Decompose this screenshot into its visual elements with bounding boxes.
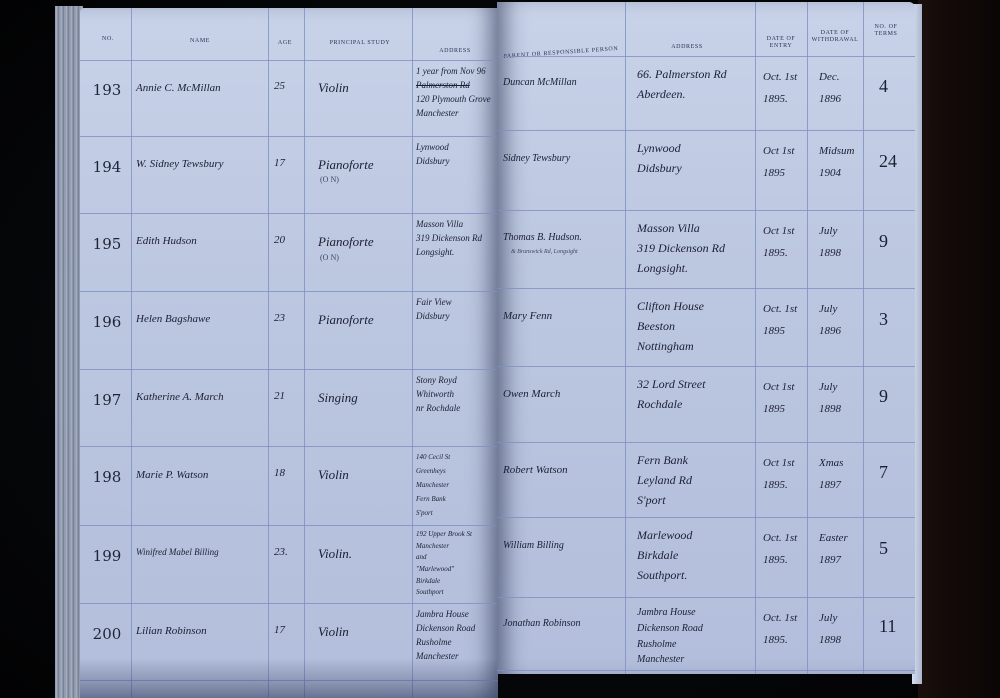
student-address-line: Rusholme (416, 635, 475, 649)
student-address-line: Didsbury (416, 154, 450, 168)
student-address-line: S'port (416, 506, 450, 520)
student-address-line: nr Rochdale (416, 401, 460, 415)
header-date-entry: Date of Entry (755, 36, 807, 50)
number-of-terms: 24 (879, 152, 897, 171)
book-cover-edge (918, 0, 1000, 698)
student-age: 17 (274, 625, 285, 637)
date-of-entry-line: Oct 1st (763, 140, 794, 162)
parent-address-line: Didsbury (637, 158, 682, 178)
principal-study: Violin. (318, 547, 352, 561)
student-address: 1 year from Nov 96Palmerston Rd120 Plymo… (416, 64, 491, 120)
parent-address-line: Southport. (637, 565, 692, 585)
entry-number: 194 (84, 158, 130, 176)
row-rule (497, 670, 915, 671)
date-of-entry-line: Oct. 1st (763, 298, 797, 320)
date-of-withdrawal: July1898 (819, 220, 841, 264)
number-of-terms: 7 (879, 463, 888, 482)
date-of-entry: Oct 1st1895. (763, 452, 794, 496)
parent-address-line: Jambra House (637, 605, 703, 621)
parent-address: 66. Palmerston RdAberdeen. (637, 64, 727, 104)
date-of-entry-line: 1895. (763, 549, 797, 571)
date-of-withdrawal-line: 1904 (819, 162, 854, 184)
student-age: 18 (274, 468, 285, 480)
student-address-line: 319 Dickenson Rd (416, 231, 482, 245)
date-of-entry-line: 1895 (763, 320, 797, 342)
parent-name: Thomas B. Hudson. (503, 233, 582, 244)
date-of-withdrawal-line: July (819, 607, 841, 629)
student-age: 17 (274, 158, 285, 170)
date-of-entry-line: Oct. 1st (763, 66, 797, 88)
header-address: Address (415, 48, 495, 55)
date-of-withdrawal-line: July (819, 220, 841, 242)
student-address-line: "Marlewood" (416, 564, 472, 576)
student-address: LynwoodDidsbury (416, 140, 450, 168)
date-of-entry: Oct. 1st1895 (763, 298, 797, 342)
student-address-line: Masson Villa (416, 217, 482, 231)
row-rule (80, 291, 498, 292)
parent-address-line: Beeston (637, 316, 704, 336)
date-of-entry-line: Oct. 1st (763, 607, 797, 629)
parent-name: William Billing (503, 541, 564, 552)
parent-address-line: Longsight. (637, 258, 725, 278)
row-rule (80, 603, 498, 604)
parent-address: MarlewoodBirkdaleSouthport. (637, 525, 692, 585)
entry-number: 200 (84, 625, 130, 643)
number-of-terms: 9 (879, 232, 888, 251)
student-address-line: Didsbury (416, 309, 452, 323)
student-age: 23. (274, 547, 288, 559)
parent-address-line: Dickenson Road (637, 621, 703, 637)
date-of-entry-line: Oct. 1st (763, 527, 797, 549)
student-address-line: Jambra House (416, 607, 475, 621)
parent-address: 32 Lord StreetRochdale (637, 374, 705, 414)
number-of-terms: 9 (879, 387, 888, 406)
date-of-withdrawal-line: 1896 (819, 88, 841, 110)
number-of-terms: 11 (879, 617, 896, 636)
parent-address-line: Lynwood (637, 138, 682, 158)
parent-address-line: Marlewood (637, 525, 692, 545)
student-address-line: Longsight. (416, 245, 482, 259)
student-address-line: Palmerston Rd (416, 78, 491, 92)
parent-address: Jambra HouseDickenson RoadRusholmeManche… (637, 605, 703, 668)
parent-name: Sidney Tewsbury (503, 154, 570, 165)
student-address-line: 120 Plymouth Grove (416, 92, 491, 106)
header-parent-address: Address (627, 44, 747, 51)
row-rule (80, 369, 498, 370)
date-of-entry-line: Oct 1st (763, 220, 794, 242)
entry-number: 198 (84, 468, 130, 486)
date-of-withdrawal-line: 1898 (819, 629, 841, 651)
date-of-entry: Oct 1st1895 (763, 376, 794, 420)
parent-address-line: Nottingham (637, 336, 704, 356)
row-rule (497, 288, 915, 289)
ledger-right-page: Parent or Responsible Person Address Dat… (497, 2, 915, 674)
date-of-entry-line: 1895. (763, 629, 797, 651)
entry-number: 199 (84, 547, 130, 565)
parent-name: Owen March (503, 389, 560, 401)
header-terms: No. of Terms (863, 24, 909, 38)
student-address-line: 192 Upper Brook St (416, 529, 472, 541)
student-address-line: Whitworth (416, 387, 460, 401)
date-of-entry: Oct 1st1895 (763, 140, 794, 184)
header-date-withdrawal: Date of Withdrawal (807, 30, 863, 44)
student-address-line: Stony Royd (416, 373, 460, 387)
date-of-withdrawal-line: July (819, 298, 841, 320)
ledger-left-page: No. Name Age Principal Study Address 193… (80, 8, 498, 698)
parent-address-line: Masson Villa (637, 218, 725, 238)
header-name: Name (140, 38, 260, 45)
column-rule (755, 2, 756, 674)
student-address: Jambra HouseDickenson RoadRusholmeManche… (416, 607, 475, 663)
principal-study: Pianoforte (318, 235, 374, 249)
principal-study: Pianoforte (318, 313, 374, 327)
row-rule (80, 680, 498, 681)
column-rule (131, 8, 132, 698)
study-note: (O N) (320, 176, 339, 184)
student-name: W. Sidney Tewsbury (136, 159, 224, 171)
date-of-entry: Oct. 1st1895. (763, 607, 797, 651)
date-of-withdrawal: Xmas1897 (819, 452, 843, 496)
parent-name: Duncan McMillan (503, 78, 577, 89)
parent-address-line: Birkdale (637, 545, 692, 565)
date-of-withdrawal-line: 1897 (819, 549, 848, 571)
student-age: 20 (274, 235, 285, 247)
column-rule (268, 8, 269, 698)
header-no: No. (88, 36, 128, 43)
student-address-line: Manchester (416, 106, 491, 120)
column-rule (304, 8, 305, 698)
date-of-withdrawal: Dec.1896 (819, 66, 841, 110)
date-of-withdrawal-line: Midsum (819, 140, 854, 162)
study-note: (O N) (320, 254, 339, 262)
date-of-entry-line: 1895 (763, 162, 794, 184)
date-of-entry-line: Oct 1st (763, 452, 794, 474)
parent-address-line: Clifton House (637, 296, 704, 316)
header-principal-study: Principal Study (306, 40, 414, 47)
date-of-entry-line: 1895 (763, 398, 794, 420)
row-rule (497, 517, 915, 518)
parent-address-line: Rusholme (637, 637, 703, 653)
entry-number: 196 (84, 313, 130, 331)
row-rule (497, 597, 915, 598)
student-address-line: and (416, 552, 472, 564)
column-rule (625, 2, 626, 674)
parent-address-line: 32 Lord Street (637, 374, 705, 394)
student-address: 140 Cecil StGreenheysManchesterFern Bank… (416, 450, 450, 520)
column-rule (863, 2, 864, 674)
row-rule (497, 56, 915, 57)
parent-name: Mary Fenn (503, 311, 552, 323)
student-age: 23 (274, 313, 285, 325)
parent-name: Robert Watson (503, 465, 568, 477)
date-of-withdrawal-line: Easter (819, 527, 848, 549)
parent-address-line: Manchester (637, 652, 703, 668)
date-of-entry-line: 1895. (763, 242, 794, 264)
date-of-entry-line: Oct 1st (763, 376, 794, 398)
parent-address-line: Fern Bank (637, 450, 692, 470)
entry-number: 193 (84, 81, 130, 99)
row-rule (80, 525, 498, 526)
student-address-line: 1 year from Nov 96 (416, 64, 491, 78)
parent-address-line: 319 Dickenson Rd (637, 238, 725, 258)
row-rule (497, 210, 915, 211)
date-of-withdrawal-line: 1898 (819, 242, 841, 264)
date-of-withdrawal: July1898 (819, 607, 841, 651)
column-rule (412, 8, 413, 698)
student-age: 25 (274, 81, 285, 93)
student-name: Katherine A. March (136, 392, 224, 404)
row-rule (80, 136, 498, 137)
date-of-entry-line: 1895. (763, 474, 794, 496)
student-address-line: Lynwood (416, 140, 450, 154)
date-of-withdrawal-line: 1897 (819, 474, 843, 496)
date-of-entry: Oct 1st1895. (763, 220, 794, 264)
principal-study: Violin (318, 468, 349, 482)
parent-address-line: Leyland Rd (637, 470, 692, 490)
student-age: 21 (274, 391, 285, 403)
principal-study: Singing (318, 391, 358, 405)
student-address-line: Manchester (416, 649, 475, 663)
parent-address: LynwoodDidsbury (637, 138, 682, 178)
parent-address: Clifton HouseBeestonNottingham (637, 296, 704, 356)
date-of-withdrawal: July1898 (819, 376, 841, 420)
student-address-line: Fern Bank (416, 492, 450, 506)
student-name: Lilian Robinson (136, 626, 207, 638)
student-address-line: Manchester (416, 541, 472, 553)
student-name: Marie P. Watson (136, 470, 208, 482)
student-name: Edith Hudson (136, 236, 197, 248)
date-of-withdrawal-line: July (819, 376, 841, 398)
entry-number: 197 (84, 391, 130, 409)
date-of-withdrawal-line: 1896 (819, 320, 841, 342)
student-address-line: Southport (416, 587, 472, 599)
parent-address: Fern BankLeyland RdS'port (637, 450, 692, 510)
date-of-withdrawal-line: Xmas (819, 452, 843, 474)
row-rule (497, 366, 915, 367)
student-address-line: 140 Cecil St (416, 450, 450, 464)
row-rule (497, 130, 915, 131)
parent-note: & Brunswick Rd, Longsight (511, 249, 601, 255)
column-rule (807, 2, 808, 674)
number-of-terms: 4 (879, 77, 888, 96)
date-of-withdrawal: Easter1897 (819, 527, 848, 571)
student-name: Helen Bagshawe (136, 314, 210, 326)
page-stack-left (55, 6, 83, 698)
row-rule (80, 60, 498, 61)
date-of-entry-line: 1895. (763, 88, 797, 110)
parent-address-line: Rochdale (637, 394, 705, 414)
principal-study: Violin (318, 81, 349, 95)
header-parent: Parent or Responsible Person (501, 46, 621, 61)
date-of-withdrawal-line: 1898 (819, 398, 841, 420)
date-of-withdrawal: July1896 (819, 298, 841, 342)
row-rule (497, 442, 915, 443)
date-of-entry: Oct. 1st1895. (763, 527, 797, 571)
row-rule (80, 446, 498, 447)
student-address-line: Greenheys (416, 464, 450, 478)
date-of-withdrawal: Midsum1904 (819, 140, 854, 184)
principal-study: Pianoforte (318, 158, 374, 172)
parent-name: Jonathan Robinson (503, 619, 581, 630)
student-address-line: Manchester (416, 478, 450, 492)
student-name: Winifred Mabel Billing (136, 548, 219, 557)
date-of-entry: Oct. 1st1895. (763, 66, 797, 110)
student-name: Annie C. McMillan (136, 83, 221, 95)
header-age: Age (268, 40, 302, 47)
student-address-line: Dickenson Road (416, 621, 475, 635)
parent-address: Masson Villa319 Dickenson RdLongsight. (637, 218, 725, 278)
student-address: 192 Upper Brook StManchesterand"Marlewoo… (416, 529, 472, 599)
parent-address-line: S'port (637, 490, 692, 510)
student-address: Masson Villa319 Dickenson RdLongsight. (416, 217, 482, 259)
principal-study: Violin (318, 625, 349, 639)
date-of-withdrawal-line: Dec. (819, 66, 841, 88)
number-of-terms: 3 (879, 310, 888, 329)
row-rule (80, 213, 498, 214)
entry-number: 195 (84, 235, 130, 253)
parent-address-line: Aberdeen. (637, 84, 727, 104)
student-address: Fair ViewDidsbury (416, 295, 452, 323)
student-address-line: Fair View (416, 295, 452, 309)
student-address-line: Birkdale (416, 576, 472, 588)
parent-address-line: 66. Palmerston Rd (637, 64, 727, 84)
number-of-terms: 5 (879, 539, 888, 558)
student-address: Stony RoydWhitworthnr Rochdale (416, 373, 460, 415)
